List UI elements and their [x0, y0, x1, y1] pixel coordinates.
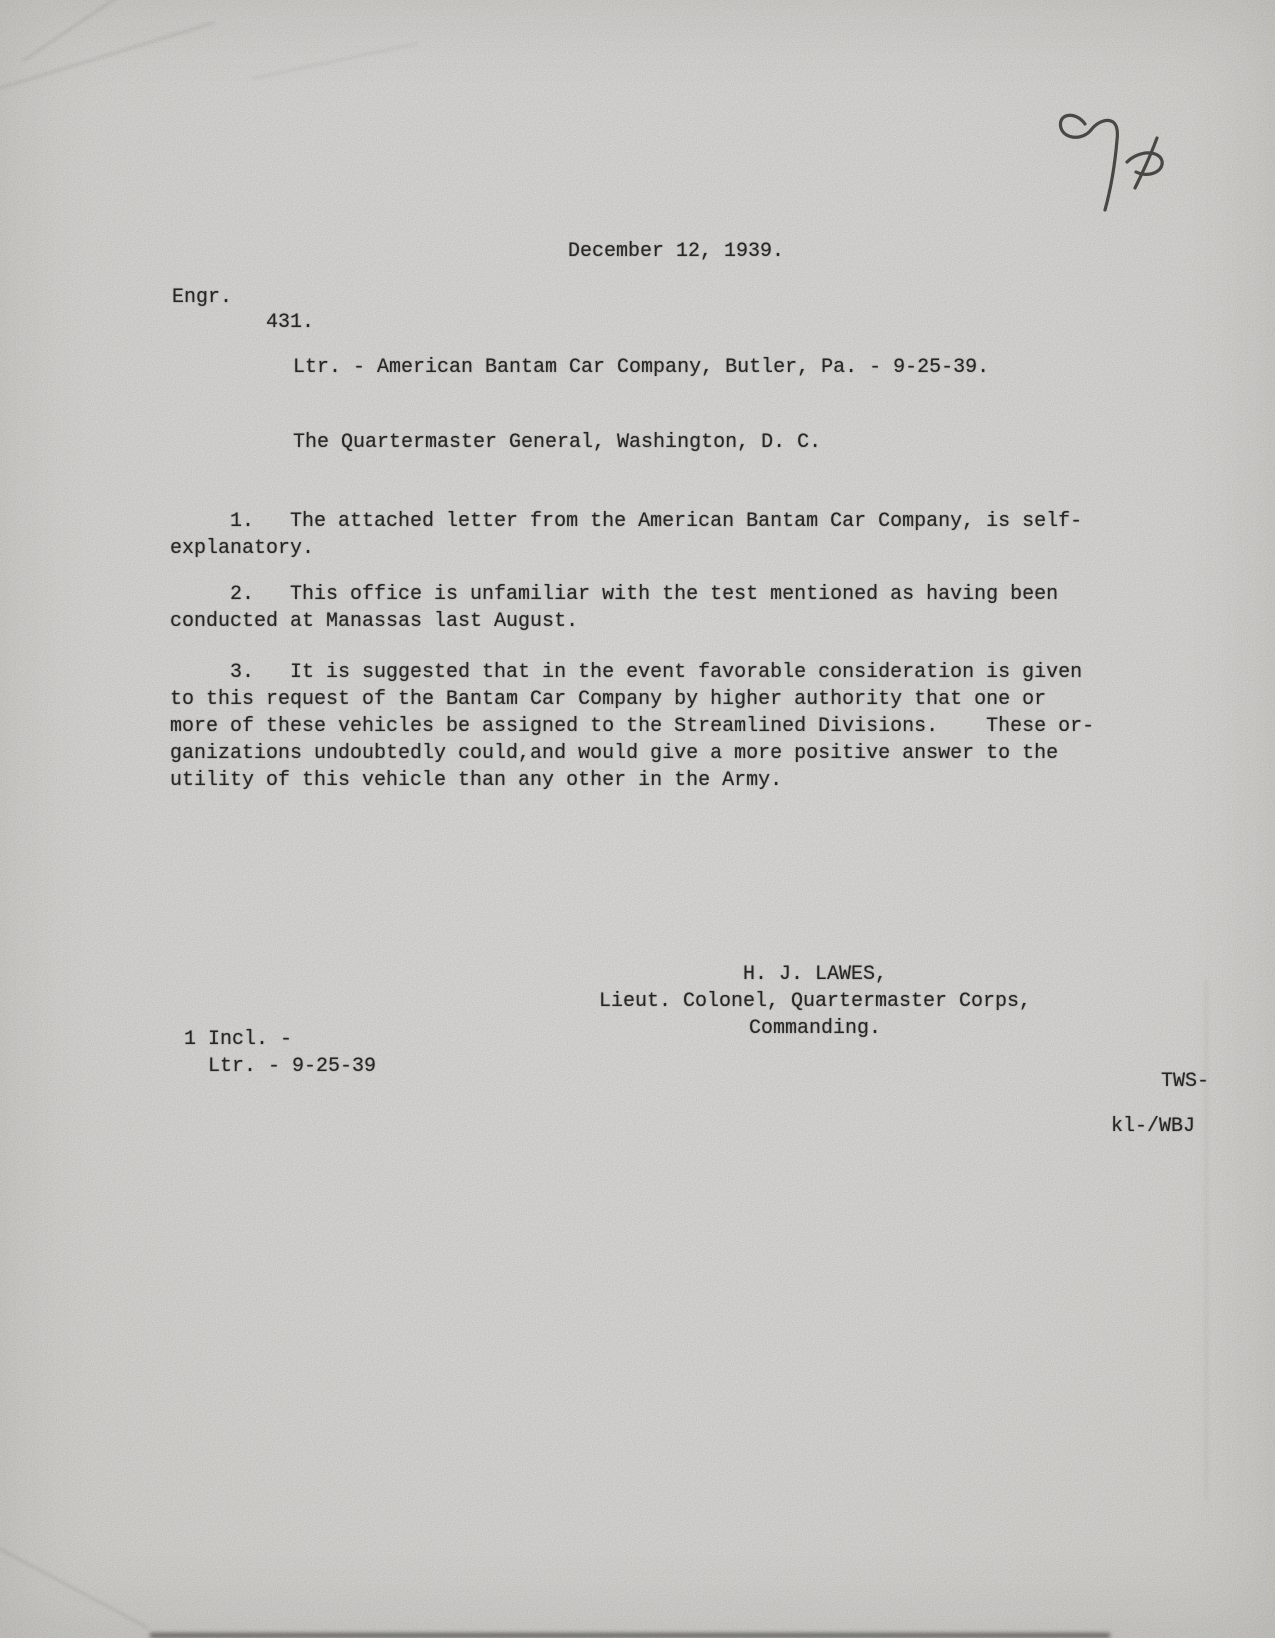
body-line: 1. The attached letter from the American…	[170, 508, 1082, 535]
signature-block: H. J. LAWES, Lieut. Colonel, Quartermast…	[595, 961, 1035, 1042]
clerk-initials: kl-/WBJ	[1111, 1113, 1195, 1140]
paragraph-2: 2. This office is unfamiliar with the te…	[170, 581, 1058, 635]
signature-title: Lieut. Colonel, Quartermaster Corps,	[595, 988, 1035, 1015]
paragraph-3: 3. It is suggested that in the event fav…	[170, 659, 1094, 794]
body-line: conducted at Manassas last August.	[170, 608, 1058, 635]
typist-initials: TWS-	[1161, 1068, 1209, 1095]
subject-line: Ltr. - American Bantam Car Company, Butl…	[293, 354, 989, 381]
body-line: to this request of the Bantam Car Compan…	[170, 686, 1094, 713]
enclosure-line: Ltr. - 9-25-39	[184, 1053, 376, 1080]
enclosure-line: 1 Incl. -	[184, 1026, 376, 1053]
enclosure-block: 1 Incl. - Ltr. - 9-25-39	[184, 1026, 376, 1080]
letter-body: December 12, 1939. Engr. 431. Ltr. - Ame…	[0, 0, 1275, 1638]
office-symbol: Engr.	[172, 284, 232, 311]
file-number: 431.	[266, 309, 314, 336]
date-line: December 12, 1939.	[568, 238, 784, 265]
body-line: 3. It is suggested that in the event fav…	[170, 659, 1094, 686]
body-line: more of these vehicles be assigned to th…	[170, 713, 1094, 740]
scanned-letter-page: December 12, 1939. Engr. 431. Ltr. - Ame…	[0, 0, 1275, 1638]
body-line: utility of this vehicle than any other i…	[170, 767, 1094, 794]
body-line: 2. This office is unfamiliar with the te…	[170, 581, 1058, 608]
body-line: ganizations undoubtedly could,and would …	[170, 740, 1094, 767]
body-line: explanatory.	[170, 535, 1082, 562]
signature-name: H. J. LAWES,	[595, 961, 1035, 988]
paragraph-1: 1. The attached letter from the American…	[170, 508, 1082, 562]
signature-role: Commanding.	[595, 1015, 1035, 1042]
addressee-line: The Quartermaster General, Washington, D…	[293, 429, 821, 456]
